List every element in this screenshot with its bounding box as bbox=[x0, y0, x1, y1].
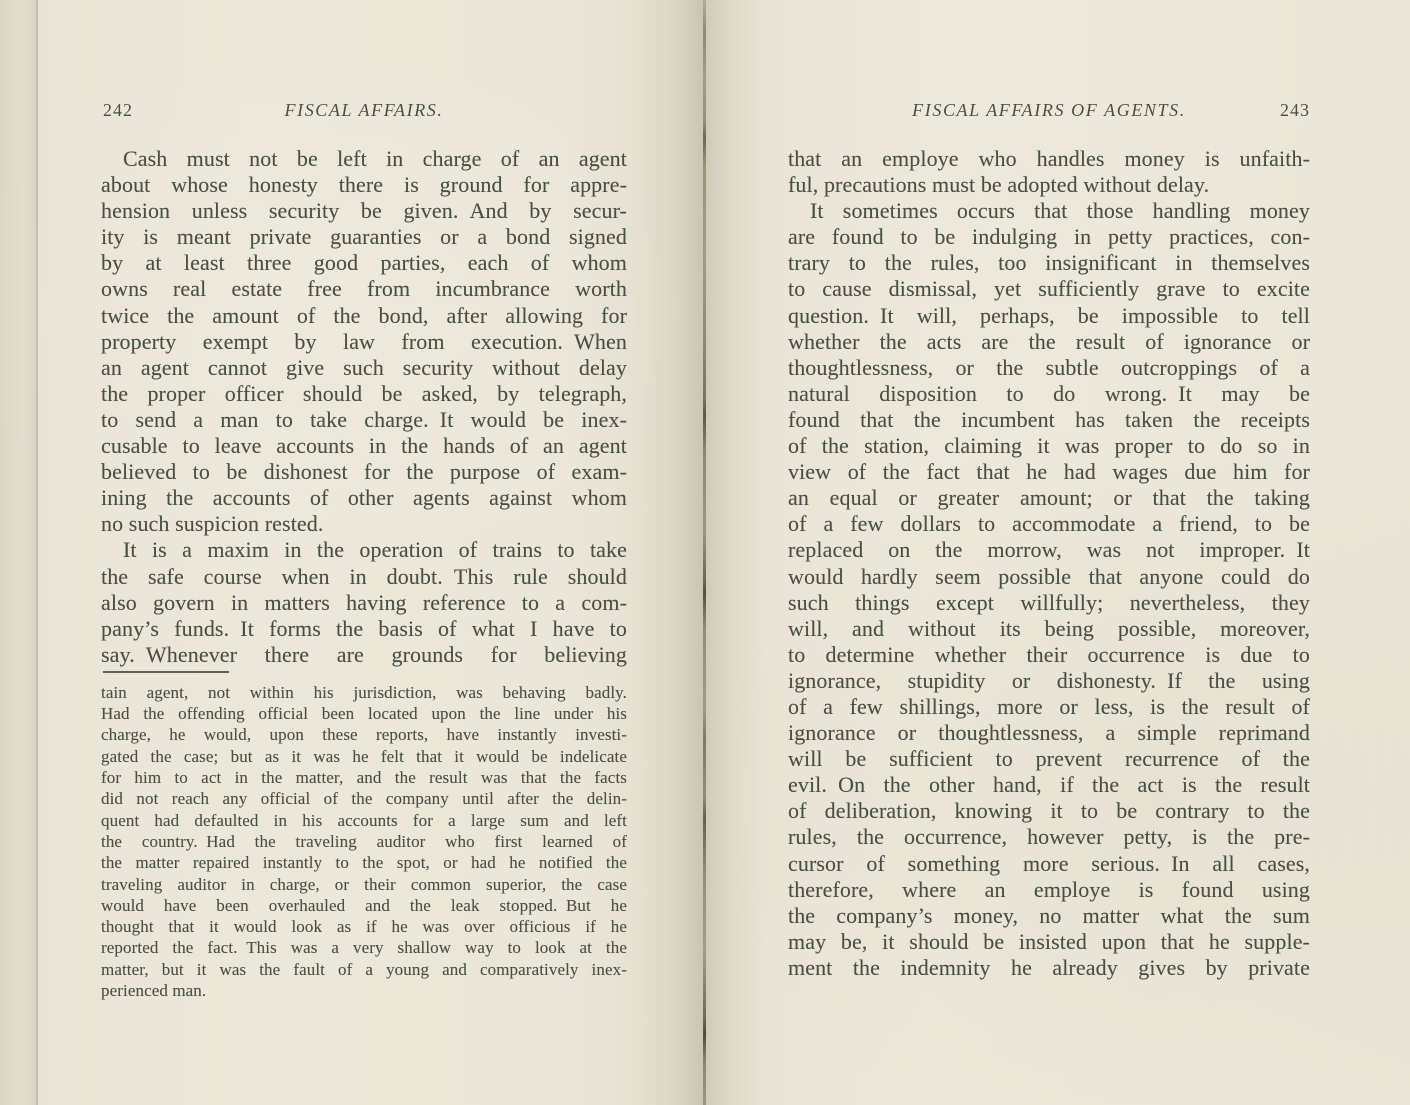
text-line: may be, it should be insisted upon that … bbox=[788, 929, 1310, 955]
text-line: found that the incumbent has taken the r… bbox=[788, 407, 1310, 433]
page-number-right: 243 bbox=[1280, 99, 1310, 121]
text-line: of a few dollars to accommodate a friend… bbox=[788, 511, 1310, 537]
book-spread: 242 FISCAL AFFAIRS. Cash must not be lef… bbox=[0, 0, 1410, 1105]
text-line: also govern in matters having reference … bbox=[101, 590, 627, 616]
text-line: cursor of something more serious. In all… bbox=[788, 851, 1310, 877]
text-line: cusable to leave accounts in the hands o… bbox=[101, 433, 627, 459]
text-line: replaced on the morrow, was not improper… bbox=[788, 537, 1310, 563]
text-line: did not reach any official of the compan… bbox=[101, 788, 627, 809]
text-line: owns real estate free from incumbrance w… bbox=[101, 276, 627, 302]
text-line: say. Whenever there are grounds for beli… bbox=[101, 642, 627, 668]
text-line: an agent cannot give such security witho… bbox=[101, 355, 627, 381]
text-line: whether the acts are the result of ignor… bbox=[788, 329, 1310, 355]
text-line: tain agent, not within his jurisdiction,… bbox=[101, 682, 627, 703]
text-line: by at least three good parties, each of … bbox=[101, 250, 627, 276]
text-line: thought that it would look as if he was … bbox=[101, 916, 627, 937]
page-right: FISCAL AFFAIRS OF AGENTS. 243 that an em… bbox=[788, 99, 1310, 981]
text-line: of deliberation, knowing it to be contra… bbox=[788, 798, 1310, 824]
book-gutter-line bbox=[703, 0, 706, 1105]
text-line: that an employe who handles money is unf… bbox=[788, 146, 1310, 172]
text-line: the proper officer should be asked, by t… bbox=[101, 381, 627, 407]
text-line: believed to be dishonest for the purpose… bbox=[101, 459, 627, 485]
text-line: ment the indemnity he already gives by p… bbox=[788, 955, 1310, 981]
text-line: evil. On the other hand, if the act is t… bbox=[788, 772, 1310, 798]
text-line: to send a man to take charge. It would b… bbox=[101, 407, 627, 433]
text-line: It is a maxim in the operation of trains… bbox=[101, 537, 627, 563]
running-title-right: FISCAL AFFAIRS OF AGENTS. bbox=[788, 99, 1310, 121]
text-line: twice the amount of the bond, after allo… bbox=[101, 303, 627, 329]
text-line: ignorance, stupidity or dishonesty. If t… bbox=[788, 668, 1310, 694]
text-line: the matter repaired instantly to the spo… bbox=[101, 852, 627, 873]
page-number-left: 242 bbox=[103, 99, 133, 121]
text-line: of the station, claiming it was proper t… bbox=[788, 433, 1310, 459]
text-line: charge, he would, upon these reports, ha… bbox=[101, 724, 627, 745]
text-line: the company’s money, no matter what the … bbox=[788, 903, 1310, 929]
text-line: would have been overhauled and the leak … bbox=[101, 895, 627, 916]
text-line: thoughtlessness, or the subtle outcroppi… bbox=[788, 355, 1310, 381]
text-line: to cause dismissal, yet sufficiently gra… bbox=[788, 276, 1310, 302]
text-line: no such suspicion rested. bbox=[101, 511, 627, 537]
page-left: 242 FISCAL AFFAIRS. Cash must not be lef… bbox=[101, 99, 627, 1001]
text-line: view of the fact that he had wages due h… bbox=[788, 459, 1310, 485]
footnote-rule bbox=[103, 671, 229, 673]
text-line: rules, the occurrence, however petty, is… bbox=[788, 824, 1310, 850]
running-head-left: 242 FISCAL AFFAIRS. bbox=[101, 99, 627, 121]
text-line: ining the accounts of other agents again… bbox=[101, 485, 627, 511]
text-line: an equal or greater amount; or that the … bbox=[788, 485, 1310, 511]
text-line: such things except willfully; neverthele… bbox=[788, 590, 1310, 616]
footnote-text: tain agent, not within his jurisdiction,… bbox=[101, 682, 627, 1001]
text-line: natural disposition to do wrong. It may … bbox=[788, 381, 1310, 407]
main-text-left: Cash must not be left in charge of an ag… bbox=[101, 146, 627, 668]
text-line: question. It will, perhaps, be impossibl… bbox=[788, 303, 1310, 329]
text-line: It sometimes occurs that those handling … bbox=[788, 198, 1310, 224]
text-line: quent had defaulted in his accounts for … bbox=[101, 810, 627, 831]
text-line: for him to act in the matter, and the re… bbox=[101, 767, 627, 788]
text-line: the safe course when in doubt. This rule… bbox=[101, 564, 627, 590]
text-line: will, and without its being possible, mo… bbox=[788, 616, 1310, 642]
text-line: traveling auditor in charge, or their co… bbox=[101, 874, 627, 895]
text-line: ful, precautions must be adopted without… bbox=[788, 172, 1310, 198]
text-line: Cash must not be left in charge of an ag… bbox=[101, 146, 627, 172]
gutter-shadow-left bbox=[628, 0, 703, 1105]
text-line: will be sufficient to prevent recurrence… bbox=[788, 746, 1310, 772]
text-line: hension unless security be given. And by… bbox=[101, 198, 627, 224]
text-line: ignorance or thoughtlessness, a simple r… bbox=[788, 720, 1310, 746]
main-text-right: that an employe who handles money is unf… bbox=[788, 146, 1310, 981]
running-head-right: FISCAL AFFAIRS OF AGENTS. 243 bbox=[788, 99, 1310, 121]
text-line: of a few shillings, more or less, is the… bbox=[788, 694, 1310, 720]
gutter-shadow-right bbox=[706, 0, 768, 1105]
text-line: reported the fact. This was a very shall… bbox=[101, 937, 627, 958]
text-line: ity is meant private guaranties or a bon… bbox=[101, 224, 627, 250]
text-line: perienced man. bbox=[101, 980, 627, 1001]
page-edge-shadow bbox=[0, 0, 38, 1105]
text-line: Had the offending official been located … bbox=[101, 703, 627, 724]
text-line: property exempt by law from execution. W… bbox=[101, 329, 627, 355]
text-line: pany’s funds. It forms the basis of what… bbox=[101, 616, 627, 642]
text-line: matter, but it was the fault of a young … bbox=[101, 959, 627, 980]
text-line: about whose honesty there is ground for … bbox=[101, 172, 627, 198]
running-title-left: FISCAL AFFAIRS. bbox=[101, 99, 627, 121]
text-line: to determine whether their occurrence is… bbox=[788, 642, 1310, 668]
text-line: therefore, where an employe is found usi… bbox=[788, 877, 1310, 903]
text-line: gated the case; but as it was he felt th… bbox=[101, 746, 627, 767]
text-line: trary to the rules, too insignificant in… bbox=[788, 250, 1310, 276]
text-line: are found to be indulging in petty pract… bbox=[788, 224, 1310, 250]
text-line: the country. Had the traveling auditor w… bbox=[101, 831, 627, 852]
text-line: would hardly seem possible that anyone c… bbox=[788, 564, 1310, 590]
